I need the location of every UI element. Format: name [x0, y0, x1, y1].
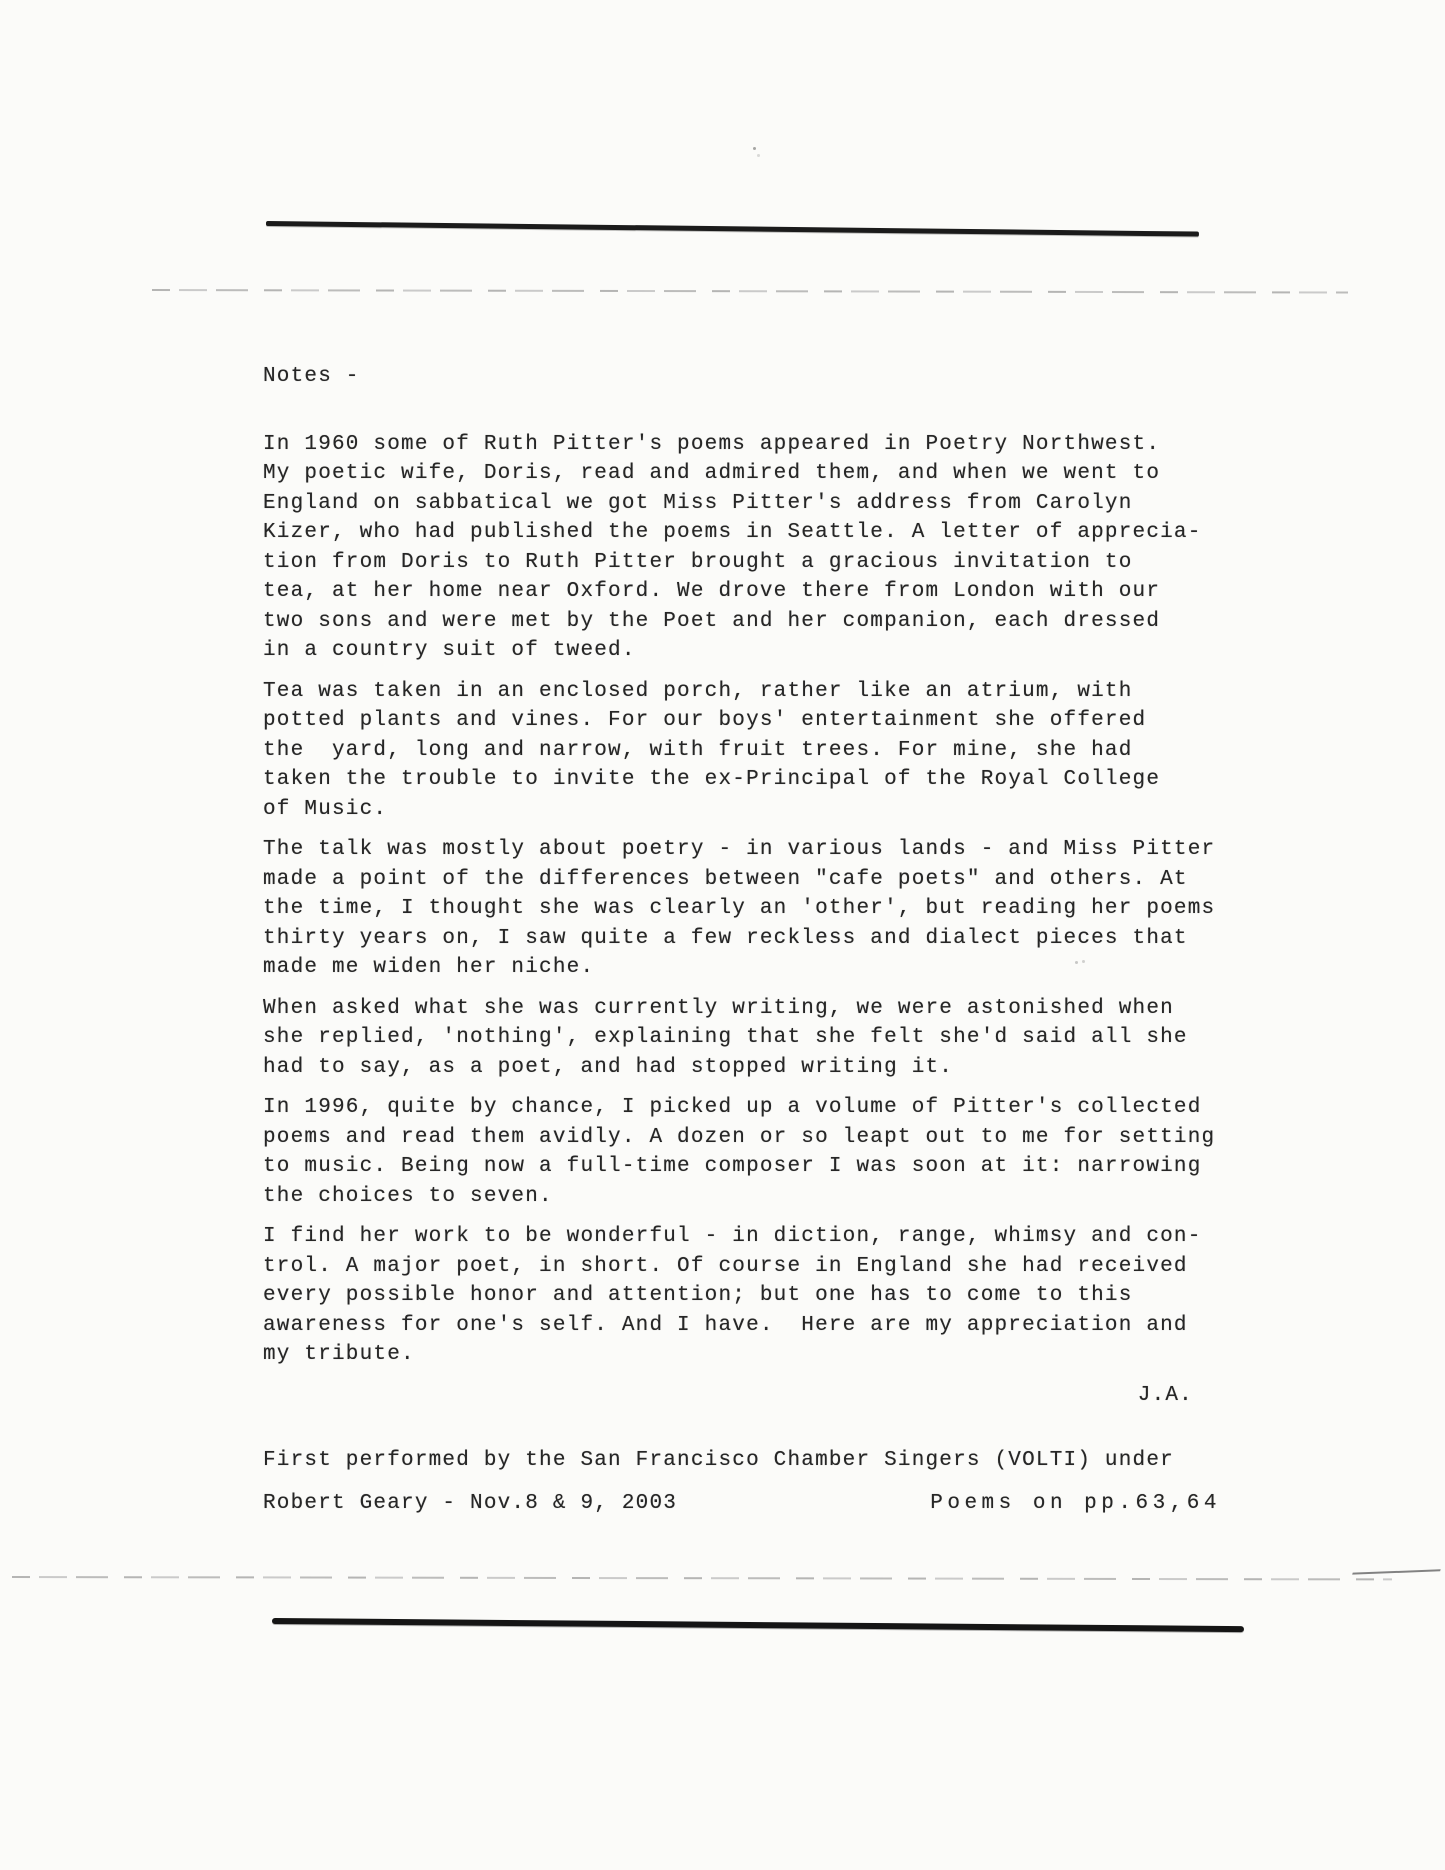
performance-note-line-1: First performed by the San Francisco Cha…: [263, 1446, 1248, 1476]
author-initials: J.A.: [263, 1381, 1248, 1411]
scanned-page: Notes - In 1960 some of Ruth Pitter's po…: [0, 0, 1445, 1870]
scan-artifact: [753, 147, 756, 150]
note-content: Notes - In 1960 some of Ruth Pitter's po…: [263, 362, 1248, 1518]
performance-note-line-2: Robert Geary - Nov.8 & 9, 2003 Poems on …: [263, 1489, 1248, 1519]
paragraph-6: I find her work to be wonderful - in dic…: [263, 1222, 1248, 1370]
poems-page-reference: Poems on pp.63,64: [930, 1489, 1248, 1519]
paragraph-1: In 1960 some of Ruth Pitter's poems appe…: [263, 430, 1248, 666]
performance-note: First performed by the San Francisco Cha…: [263, 1446, 1248, 1518]
paragraph-3: The talk was mostly about poetry - in va…: [263, 835, 1248, 983]
bottom-dashed-scan-tail: [1351, 1569, 1440, 1577]
top-dashed-scan-line: [152, 289, 1348, 294]
bottom-horizontal-rule: [272, 1618, 1244, 1632]
top-horizontal-rule: [266, 221, 1199, 237]
bottom-dashed-scan-line: [12, 1576, 1392, 1580]
paragraph-4: When asked what she was currently writin…: [263, 994, 1248, 1083]
performance-date: Robert Geary - Nov.8 & 9, 2003: [263, 1489, 677, 1519]
paragraph-2: Tea was taken in an enclosed porch, rath…: [263, 677, 1248, 825]
page-title: Notes -: [263, 362, 1248, 392]
paragraph-5: In 1996, quite by chance, I picked up a …: [263, 1093, 1248, 1211]
scan-artifact: [757, 154, 760, 157]
